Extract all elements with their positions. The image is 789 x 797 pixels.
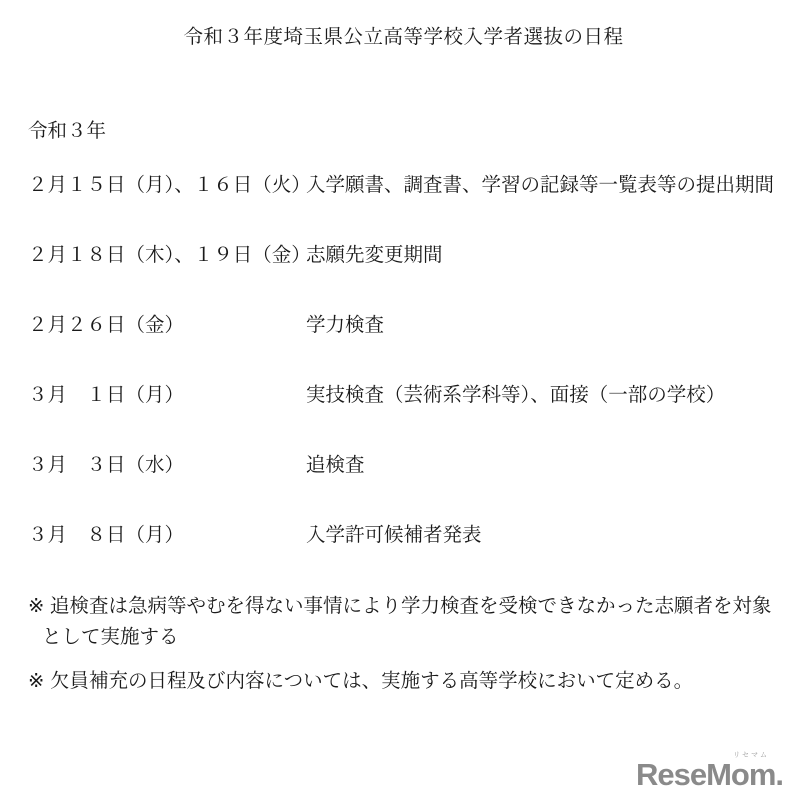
schedule-date: ２月１８日（木）、１９日（金） bbox=[28, 242, 306, 270]
resemom-logo-text: ReseMom. bbox=[636, 760, 783, 790]
schedule-date: ３月 １日（月） bbox=[28, 382, 306, 410]
note-marker: ※ bbox=[28, 591, 44, 622]
schedule-event: 入学許可候補者発表 bbox=[306, 522, 779, 550]
schedule-row: ２月１８日（木）、１９日（金） 志願先変更期間 bbox=[28, 242, 779, 270]
note-item: ※ 追検査は急病等やむを得ない事情により学力検査を受検できなかった志願者を対象 … bbox=[28, 591, 779, 653]
schedule-date: ２月２６日（金） bbox=[28, 312, 306, 340]
document-page: 令和３年度埼玉県公立高等学校入学者選抜の日程 令和３年 ２月１５日（月）、１６日… bbox=[0, 0, 789, 697]
schedule-event: 入学願書、調査書、学習の記録等一覧表等の提出期間 bbox=[306, 172, 779, 200]
resemom-logo: リセマム ReseMom. bbox=[636, 752, 783, 790]
note-marker: ※ bbox=[28, 666, 44, 697]
note-text-line: 追検査は急病等やむを得ない事情により学力検査を受検できなかった志願者を対象 bbox=[50, 591, 779, 622]
schedule-date: ３月 ８日（月） bbox=[28, 522, 306, 550]
year-label: 令和３年 bbox=[28, 118, 779, 146]
schedule-row: ３月 ８日（月） 入学許可候補者発表 bbox=[28, 522, 779, 550]
notes-section: ※ 追検査は急病等やむを得ない事情により学力検査を受検できなかった志願者を対象 … bbox=[28, 591, 779, 697]
schedule-row: ３月 ３日（水） 追検査 bbox=[28, 452, 779, 480]
note-item: ※ 欠員補充の日程及び内容については、実施する高等学校において定める。 bbox=[28, 666, 779, 697]
schedule-event: 学力検査 bbox=[306, 312, 779, 340]
schedule-list: ２月１５日（月）、１６日（火） 入学願書、調査書、学習の記録等一覧表等の提出期間… bbox=[28, 172, 779, 550]
schedule-row: ２月１５日（月）、１６日（火） 入学願書、調査書、学習の記録等一覧表等の提出期間 bbox=[28, 172, 779, 200]
schedule-date: ２月１５日（月）、１６日（火） bbox=[28, 172, 306, 200]
page-title: 令和３年度埼玉県公立高等学校入学者選抜の日程 bbox=[28, 24, 779, 52]
schedule-event: 志願先変更期間 bbox=[306, 242, 779, 270]
schedule-event: 実技検査（芸術系学科等）、面接（一部の学校） bbox=[306, 382, 779, 410]
schedule-event: 追検査 bbox=[306, 452, 779, 480]
note-text-line: 欠員補充の日程及び内容については、実施する高等学校において定める。 bbox=[50, 666, 779, 697]
schedule-row: ２月２６日（金） 学力検査 bbox=[28, 312, 779, 340]
schedule-date: ３月 ３日（水） bbox=[28, 452, 306, 480]
note-text-line: として実施する bbox=[42, 622, 779, 653]
schedule-row: ３月 １日（月） 実技検査（芸術系学科等）、面接（一部の学校） bbox=[28, 382, 779, 410]
